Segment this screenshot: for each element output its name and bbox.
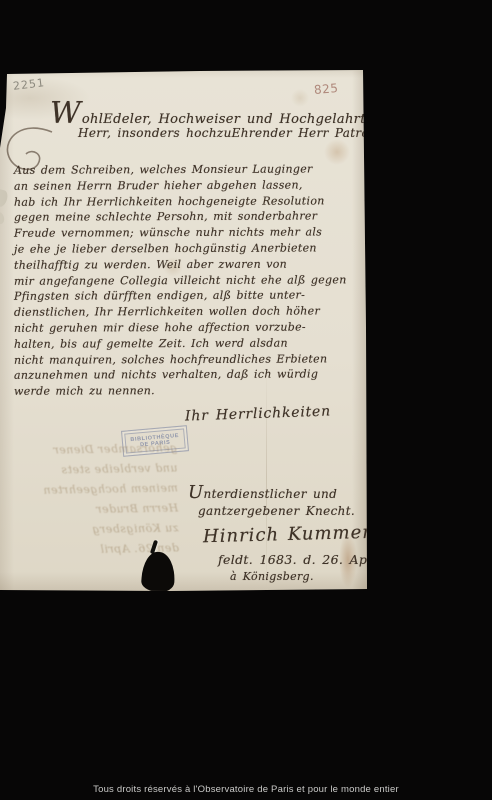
letter-body-line: je ehe je lieber derselben hochgünstig A…	[14, 240, 362, 257]
folio-number-right: 825	[313, 81, 339, 97]
salutation-line-2: Herr, insonders hochzuEhrender Herr Patr…	[78, 126, 381, 140]
letter-body: Aus dem Schreiben, welches Monsieur Laug…	[14, 162, 362, 399]
letter-body-line: gegen meine schlechte Persohn, mit sonde…	[14, 209, 362, 226]
scan-viewer-background: 2251 825 WohlEdeler, Hochweiser und Hoch…	[0, 0, 492, 800]
folio-number-left: 2251	[12, 76, 45, 93]
letter-body-line: dienstlichen, Ihr Herrlichkeiten wollen …	[14, 303, 362, 320]
place-line: à Königsberg.	[230, 570, 314, 583]
letter-body-line: Pfingsten sich dürfften endigen, alß bit…	[14, 288, 362, 305]
torn-edge-fragment	[0, 211, 5, 224]
letter-body-line: werde mich zu nennen.	[14, 382, 362, 399]
paper-crease	[266, 368, 267, 588]
manuscript-page: 2251 825 WohlEdeler, Hochweiser und Hoch…	[0, 68, 368, 592]
date-line: feldt. 1683. d. 26. Apr.	[218, 552, 377, 567]
letter-body-line: Aus dem Schreiben, welches Monsieur Laug…	[14, 161, 362, 178]
closing-address: Ihr Herrlichkeiten	[185, 403, 331, 424]
letter-body-line: Freude vernommen; wünsche nuhr nichts me…	[14, 224, 362, 241]
letter-body-line: theilhafftig zu werden. Weil aber zwaren…	[14, 256, 362, 273]
letter-body-line: anzunehmen und nichts verhalten, daß ich…	[14, 367, 362, 384]
signature: Hinrich Kummer,	[203, 522, 377, 548]
closing-formula-line-1: Unterdienstlicher und	[188, 482, 337, 503]
letter-body-line: nicht geruhen mir diese hohe affection v…	[14, 319, 362, 336]
letter-body-line: an seinen Herrn Bruder hieher abgehen la…	[14, 177, 362, 194]
copyright-caption: Tous droits réservés à l'Observatoire de…	[0, 784, 492, 795]
closing-formula-line-2: gantzergebener Knecht.	[198, 504, 355, 518]
letter-body-line: halten, bis auf gemelte Zeit. Ich werd a…	[14, 335, 362, 352]
torn-edge-fragment	[0, 189, 9, 208]
